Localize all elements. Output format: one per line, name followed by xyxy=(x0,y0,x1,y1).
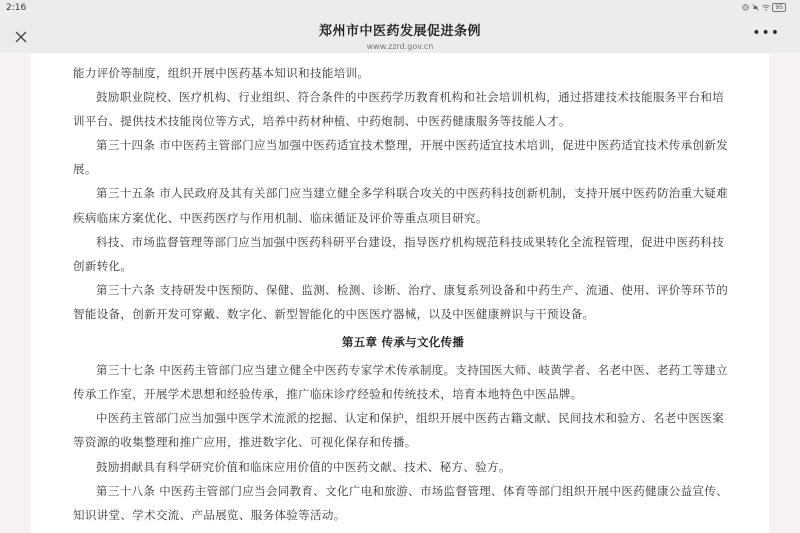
article-body: 能力评价等制度，组织开展中医药基本知识和技能培训。 鼓励职业院校、医疗机构、行业… xyxy=(73,61,733,527)
article-container[interactable]: 能力评价等制度，组织开展中医药基本知识和技能培训。 鼓励职业院校、医疗机构、行业… xyxy=(31,53,769,533)
article-paragraph: 鼓励职业院校、医疗机构、行业组织、符合条件的中医药学历教育机构和社会培训机构，通… xyxy=(73,85,733,133)
article-paragraph: 第三十八条 中医药主管部门应当会同教育、文化广电和旅游、市场监督管理、体育等部门… xyxy=(73,479,733,527)
battery-indicator: 95 xyxy=(772,3,786,12)
more-icon: ••• xyxy=(752,25,780,41)
article-paragraph: 鼓励捐献具有科学研究价值和临床应用价值的中医药文献、技术、秘方、验方。 xyxy=(73,455,733,479)
wifi-icon xyxy=(762,4,769,11)
status-icons: 95 xyxy=(742,3,786,12)
page-url: www.zzrd.gov.cn xyxy=(0,42,800,51)
page-header: 郑州市中医药发展促进条例 www.zzrd.gov.cn xyxy=(0,20,800,51)
chapter-heading: 第五章 传承与文化传播 xyxy=(73,330,733,354)
mute-icon xyxy=(752,4,759,11)
article-paragraph: 第三十六条 支持研发中医预防、保健、监测、检测、诊断、治疗、康复系列设备和中药生… xyxy=(73,278,733,326)
article-paragraph: 第三十四条 市中医药主管部门应当加强中医药适宜技术整理，开展中医药适宜技术培训，… xyxy=(73,133,733,181)
article-paragraph: 中医药主管部门应当加强中医学术流派的挖掘、认定和保护，组织开展中医药古籍文献、民… xyxy=(73,406,733,454)
article-paragraph: 能力评价等制度，组织开展中医药基本知识和技能培训。 xyxy=(73,61,733,85)
article-paragraph: 第三十五条 市人民政府及其有关部门应当建立健全多学科联合攻关的中医药科技创新机制… xyxy=(73,181,733,229)
article-paragraph: 第三十七条 中医药主管部门应当建立健全中医药专家学术传承制度。支持国医大师、岐黄… xyxy=(73,358,733,406)
article-paragraph: 科技、市场监督管理等部门应当加强中医药科研平台建设，指导医疗机构规范科技成果转化… xyxy=(73,230,733,278)
status-time: 2:16 xyxy=(6,3,26,13)
more-options-button[interactable]: ••• xyxy=(752,28,780,38)
browser-top-bar: 2:16 95 郑州市中医药发展促进条例 www.zzrd.gov.cn ••• xyxy=(0,0,800,53)
vibrate-icon xyxy=(742,4,749,11)
page-title: 郑州市中医药发展促进条例 xyxy=(0,20,800,39)
